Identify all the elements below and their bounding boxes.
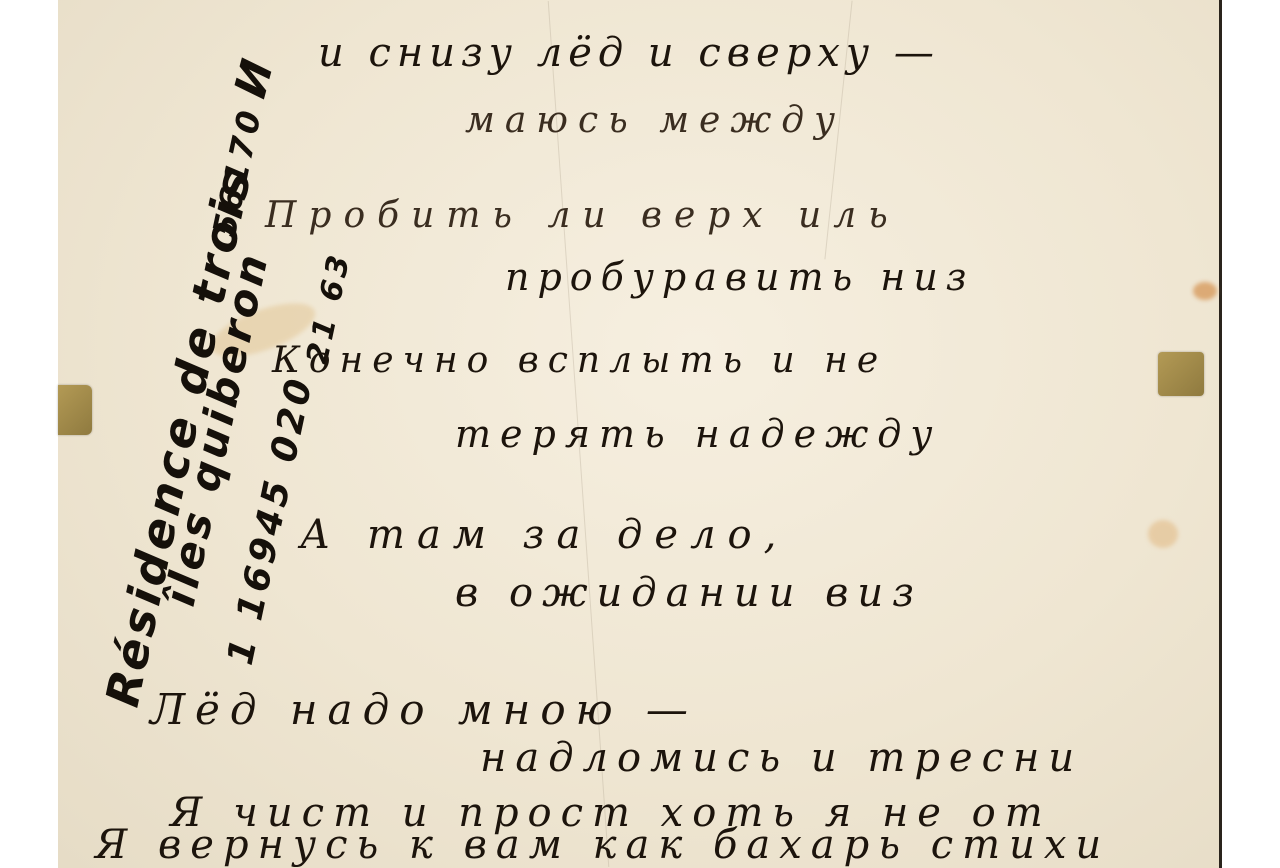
poem-line: в ожидании виз: [455, 570, 923, 616]
poem-line: Пробить ли верх иль: [265, 195, 900, 236]
poem-line: Лёд надо мною —: [150, 685, 698, 734]
tape-corner-left: [58, 385, 92, 435]
poem-line: маюсь между: [465, 100, 845, 141]
tape-corner-right: [1158, 352, 1204, 396]
poem-line: пробуравить низ: [505, 255, 975, 299]
stain-mark: [1148, 520, 1178, 548]
poem-line: Конечно всплыть и не: [272, 340, 887, 381]
poem-line: и снизу лёд и сверху —: [318, 30, 940, 76]
poem-line: терять надежду: [455, 412, 941, 456]
poem-line: А там за дело,: [300, 512, 788, 558]
poem-line: Я вернусь к вам как бахарь стихи: [95, 822, 1110, 868]
poem-line: надломись и тресни: [480, 735, 1083, 781]
stain-mark: [1193, 282, 1217, 300]
